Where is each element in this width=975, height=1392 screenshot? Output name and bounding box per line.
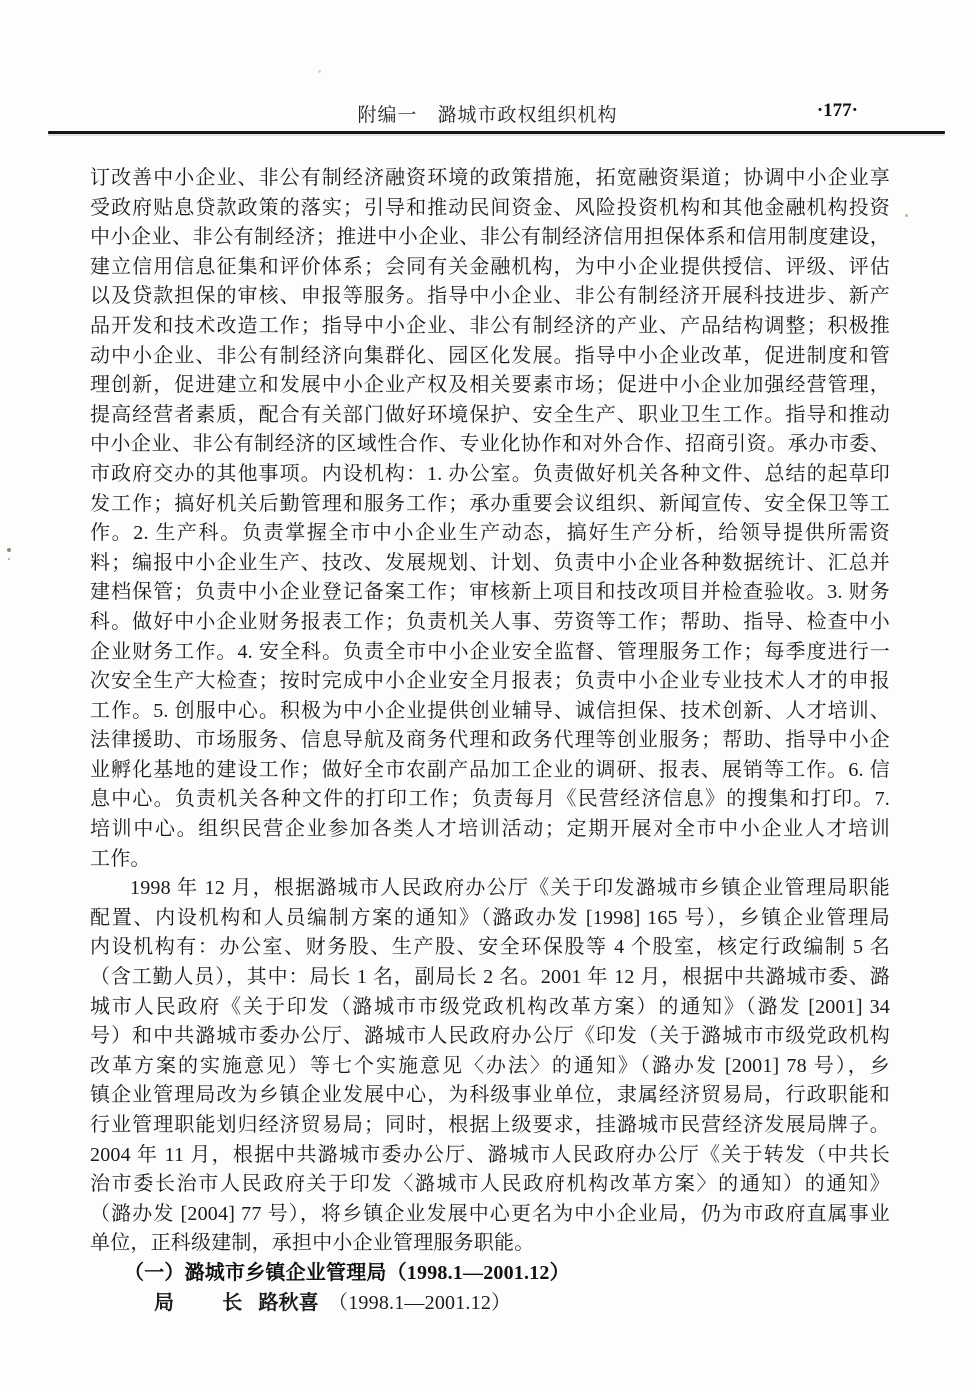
paragraph-history: 1998 年 12 月，根据潞城市人民政府办公厅《关于印发潞城市乡镇企业管理局职… <box>90 874 890 1259</box>
text-line: 品开发和技术改造工作；指导中小企业、非公有制经济的产业、产品结构调整；积极推 <box>90 312 890 342</box>
text-line: 料；编报中小企业生产、技改、发展规划、计划、负责中小企业各种数据统计、汇总并 <box>90 549 890 579</box>
text-line: 治市委长治市人民政府关于印发〈潞城市人民政府机构改革方案〉的通知）的通知》 <box>90 1170 890 1200</box>
text-line: 行业管理职能划归经济贸易局；同时，根据上级要求，挂潞城市民营经济发展局牌子。 <box>90 1111 890 1141</box>
officer-term: （1998.1—2001.12） <box>328 1292 511 1314</box>
text-line: 提高经营者素质，配合有关部门做好环境保护、安全生产、职业卫生工作。指导和推动 <box>90 401 890 431</box>
scan-speck <box>7 548 11 552</box>
text-line: 以及贷款担保的审核、申报等服务。指导中小企业、非公有制经济开展科技进步、新产 <box>90 282 890 312</box>
text-line: 企业财务工作。4. 安全科。负责全市中小企业安全监督、管理服务工作；每季度进行一 <box>90 638 890 668</box>
text-line: 2004 年 11 月，根据中共潞城市委办公厅、潞城市人民政府办公厅《关于转发（… <box>90 1141 890 1171</box>
officer-line: 局长路秋喜（1998.1—2001.12） <box>90 1289 890 1319</box>
text-line: 建立信用信息征集和评价体系；会同有关金融机构，为中小企业提供授信、评级、评估 <box>90 253 890 283</box>
text-line: 1998 年 12 月，根据潞城市人民政府办公厅《关于印发潞城市乡镇企业管理局职… <box>90 874 890 904</box>
text-line: 单位，正科级建制，承担中小企业管理服务职能。 <box>90 1229 890 1259</box>
running-head: 附编一 潞城市政权组织机构 ·177· <box>0 100 975 128</box>
text-line: 市政府交办的其他事项。内设机构：1. 办公室。负责做好机关各种文件、总结的起草印 <box>90 460 890 490</box>
text-line: 受政府贴息贷款政策的落实；引导和推动民间资金、风险投资机构和其他金融机构投资 <box>90 194 890 224</box>
text-line: （潞办发 [2004] 77 号），将乡镇企业发展中心更名为中小企业局，仍为市政… <box>90 1200 890 1230</box>
scan-speck <box>905 214 908 217</box>
text-line: 配置、内设机构和人员编制方案的通知》（潞政办发 [1998] 165 号），乡镇… <box>90 904 890 934</box>
text-line: 中小企业、非公有制经济；推进中小企业、非公有制经济信用担保体系和信用制度建设， <box>90 223 890 253</box>
text-line: 发工作；搞好机关后勤管理和服务工作；承办重要会议组织、新闻宣传、安全保卫等工 <box>90 490 890 520</box>
body-text: 订改善中小企业、非公有制经济融资环境的政策措施，拓宽融资渠道；协调中小企业享受政… <box>90 164 890 1318</box>
text-line: 工作。5. 创服中心。积极为中小企业提供创业辅导、诚信担保、技术创新、人才培训、 <box>90 697 890 727</box>
text-line: 次安全生产大检查；按时完成中小企业安全月报表；负责中小企业专业技术人才的申报 <box>90 667 890 697</box>
text-line: 理创新，促进建立和发展中小企业产权及相关要素市场；促进中小企业加强经营管理， <box>90 371 890 401</box>
text-line: 镇企业管理局改为乡镇企业发展中心，为科级事业单位，隶属经济贸易局，行政职能和 <box>90 1081 890 1111</box>
text-line: 工作。 <box>90 845 890 875</box>
text-line: 改革方案的实施意见）等七个实施意见〈办法〉的通知》（潞办发 [2001] 78 … <box>90 1052 890 1082</box>
text-line: 建档保管；负责中小企业登记备案工作；审核新上项目和技改项目并检查验收。3. 财务 <box>90 578 890 608</box>
text-line: 动中小企业、非公有制经济向集群化、园区化发展。指导中小企业改革，促进制度和管 <box>90 342 890 372</box>
text-line: 作。2. 生产科。负责掌握全市中小企业生产动态，搞好生产分析，给领导提供所需资 <box>90 519 890 549</box>
text-line: 城市人民政府《关于印发（潞城市市级党政机构改革方案）的通知》（潞发 [2001]… <box>90 993 890 1023</box>
text-line: 培训中心。组织民营企业参加各类人才培训活动；定期开展对全市中小企业人才培训 <box>90 815 890 845</box>
officer-title-right: 长 <box>222 1292 242 1314</box>
officer-name: 路秋喜 <box>258 1292 319 1314</box>
text-line: 订改善中小企业、非公有制经济融资环境的政策措施，拓宽融资渠道；协调中小企业享 <box>90 164 890 194</box>
text-line: 科。做好中小企业财务报表工作；负责机关人事、劳资等工作；帮助、指导、检查中小 <box>90 608 890 638</box>
text-line: 号）和中共潞城市委办公厅、潞城市人民政府办公厅《印发（关于潞城市市级党政机构 <box>90 1022 890 1052</box>
text-line: 法律援助、市场服务、信息导航及商务代理和政务代理等创业服务；帮助、指导中小企 <box>90 726 890 756</box>
text-line: （含工勤人员），其中：局长 1 名，副局长 2 名。2001 年 12 月，根据… <box>90 963 890 993</box>
scan-speck <box>318 70 321 73</box>
text-line: 业孵化基地的建设工作；做好全市农副产品加工企业的调研、报表、展销等工作。6. 信 <box>90 756 890 786</box>
text-line: 息中心。负责机关各种文件的打印工作；负责每月《民营经济信息》的搜集和打印。7. <box>90 785 890 815</box>
paragraph-duties: 订改善中小企业、非公有制经济融资环境的政策措施，拓宽融资渠道；协调中小企业享受政… <box>90 164 890 874</box>
page-number: ·177· <box>817 100 858 122</box>
header-rule <box>48 131 945 134</box>
text-line: 内设机构有：办公室、财务股、生产股、安全环保股等 4 个股室，核定行政编制 5 … <box>90 933 890 963</box>
scanned-document-page: 附编一 潞城市政权组织机构 ·177· 订改善中小企业、非公有制经济融资环境的政… <box>0 0 975 1392</box>
text-line: 中小企业、非公有制经济的区域性合作、专业化协作和对外合作、招商引资。承办市委、 <box>90 430 890 460</box>
section-heading: （一）潞城市乡镇企业管理局（1998.1—2001.12） <box>90 1259 890 1289</box>
officer-title-left: 局 <box>154 1292 174 1314</box>
